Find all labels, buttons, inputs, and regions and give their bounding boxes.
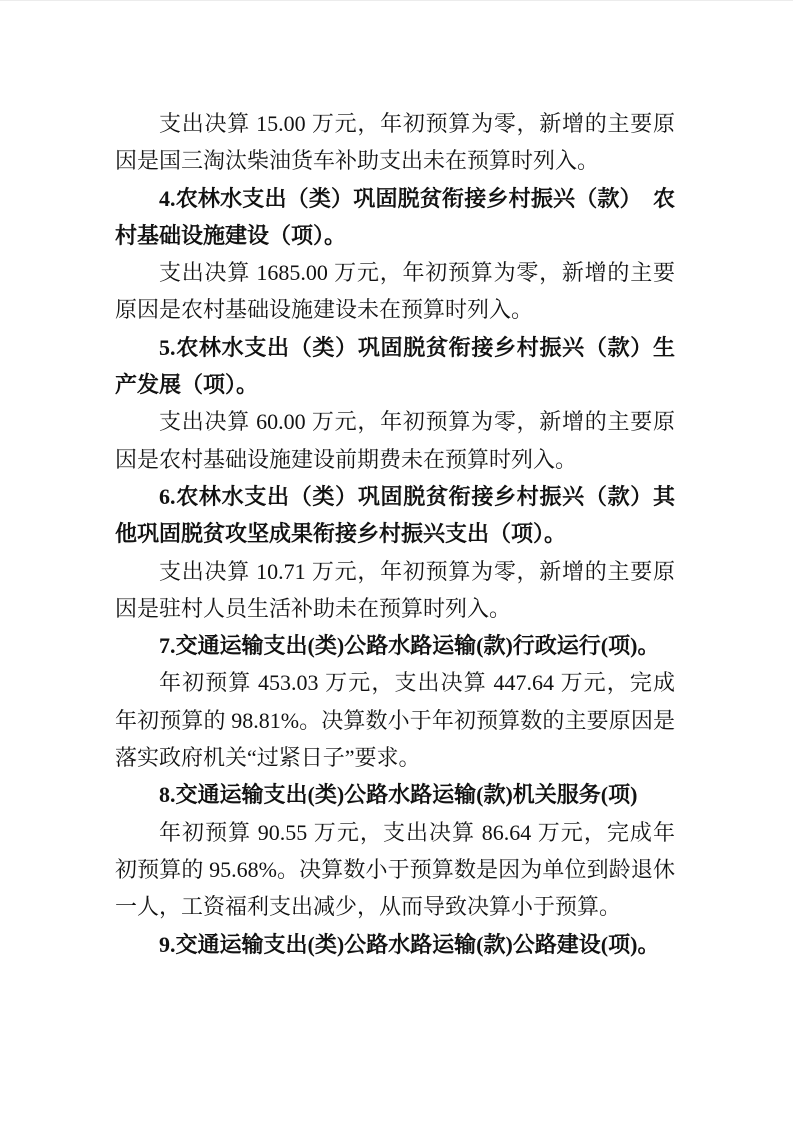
body-paragraph: 年初预算 453.03 万元，支出决算 447.64 万元，完成年初预算的 98… <box>115 664 675 776</box>
body-paragraph: 支出决算 60.00 万元，年初预算为零，新增的主要原因是农村基础设施建设前期费… <box>115 403 675 478</box>
section-heading: 5.农林水支出（类）巩固脱贫衔接乡村振兴（款）生产发展（项）。 <box>115 329 675 404</box>
document-page: 支出决算 15.00 万元，年初预算为零，新增的主要原因是国三淘汰柴油货车补助支… <box>0 0 793 1122</box>
section-heading: 8.交通运输支出(类)公路水路运输(款)机关服务(项) <box>115 776 675 813</box>
body-paragraph: 支出决算 1685.00 万元，年初预算为零，新增的主要原因是农村基础设施建设未… <box>115 254 675 329</box>
section-heading: 6.农林水支出（类）巩固脱贫衔接乡村振兴（款）其他巩固脱贫攻坚成果衔接乡村振兴支… <box>115 478 675 553</box>
section-heading: 4.农林水支出（类）巩固脱贫衔接乡村振兴（款） 农村基础设施建设（项）。 <box>115 180 675 255</box>
document-content: 支出决算 15.00 万元，年初预算为零，新增的主要原因是国三淘汰柴油货车补助支… <box>115 105 675 963</box>
body-paragraph: 年初预算 90.55 万元，支出决算 86.64 万元，完成年初预算的 95.6… <box>115 814 675 926</box>
body-paragraph: 支出决算 15.00 万元，年初预算为零，新增的主要原因是国三淘汰柴油货车补助支… <box>115 105 675 180</box>
section-heading: 9.交通运输支出(类)公路水路运输(款)公路建设(项)。 <box>115 926 675 963</box>
section-heading: 7.交通运输支出(类)公路水路运输(款)行政运行(项)。 <box>115 627 675 664</box>
body-paragraph: 支出决算 10.71 万元，年初预算为零，新增的主要原因是驻村人员生活补助未在预… <box>115 553 675 628</box>
